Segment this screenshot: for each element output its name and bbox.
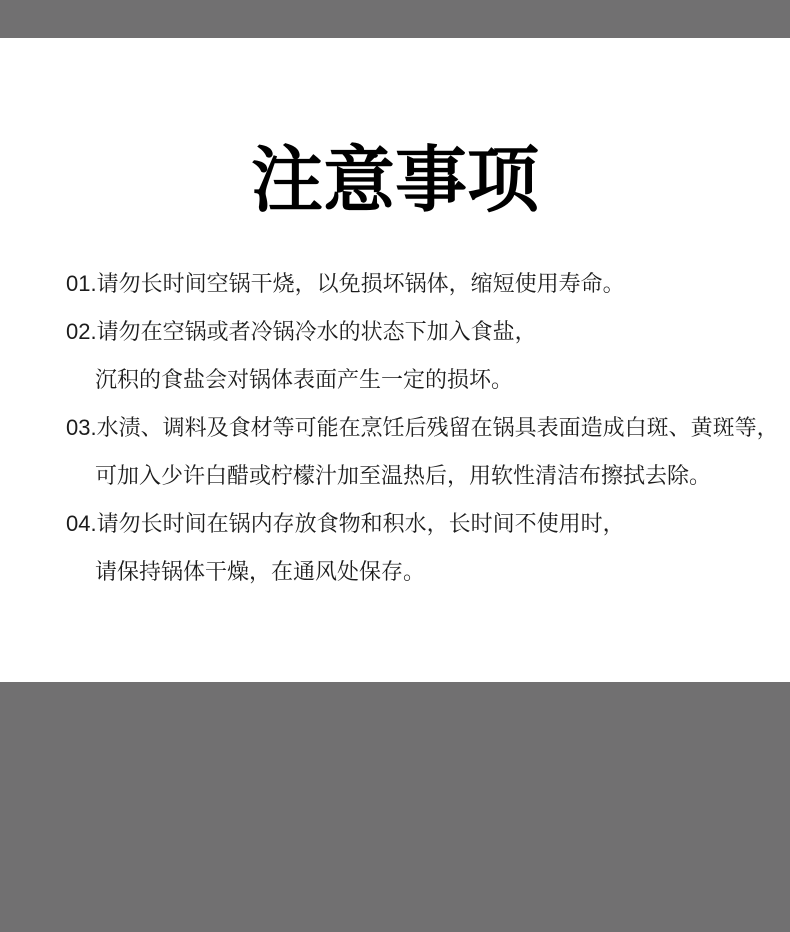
note-line-04: 04.请勿长时间在锅内存放食物和积水，长时间不使用时， — [0, 500, 790, 548]
note-line-03-continued: 可加入少许白醋或柠檬汁加至温热后，用软性清洁布擦拭去除。 — [0, 452, 790, 500]
note-line-02: 02.请勿在空锅或者冷锅冷水的状态下加入食盐， — [0, 308, 790, 356]
top-divider-bar — [0, 0, 790, 38]
note-line-04-continued: 请保持锅体干燥，在通风处保存。 — [0, 548, 790, 596]
bottom-divider-block — [0, 682, 790, 932]
note-line-02-continued: 沉积的食盐会对锅体表面产生一定的损坏。 — [0, 356, 790, 404]
note-line-03: 03.水渍、调料及食材等可能在烹饪后残留在锅具表面造成白斑、黄斑等， — [0, 404, 790, 452]
precautions-page: 注意事项 01.请勿长时间空锅干烧，以免损坏锅体，缩短使用寿命。 02.请勿在空… — [0, 0, 790, 932]
precaution-list: 01.请勿长时间空锅干烧，以免损坏锅体，缩短使用寿命。 02.请勿在空锅或者冷锅… — [0, 260, 790, 596]
page-title: 注意事项 — [0, 140, 790, 223]
note-line-01: 01.请勿长时间空锅干烧，以免损坏锅体，缩短使用寿命。 — [0, 260, 790, 308]
